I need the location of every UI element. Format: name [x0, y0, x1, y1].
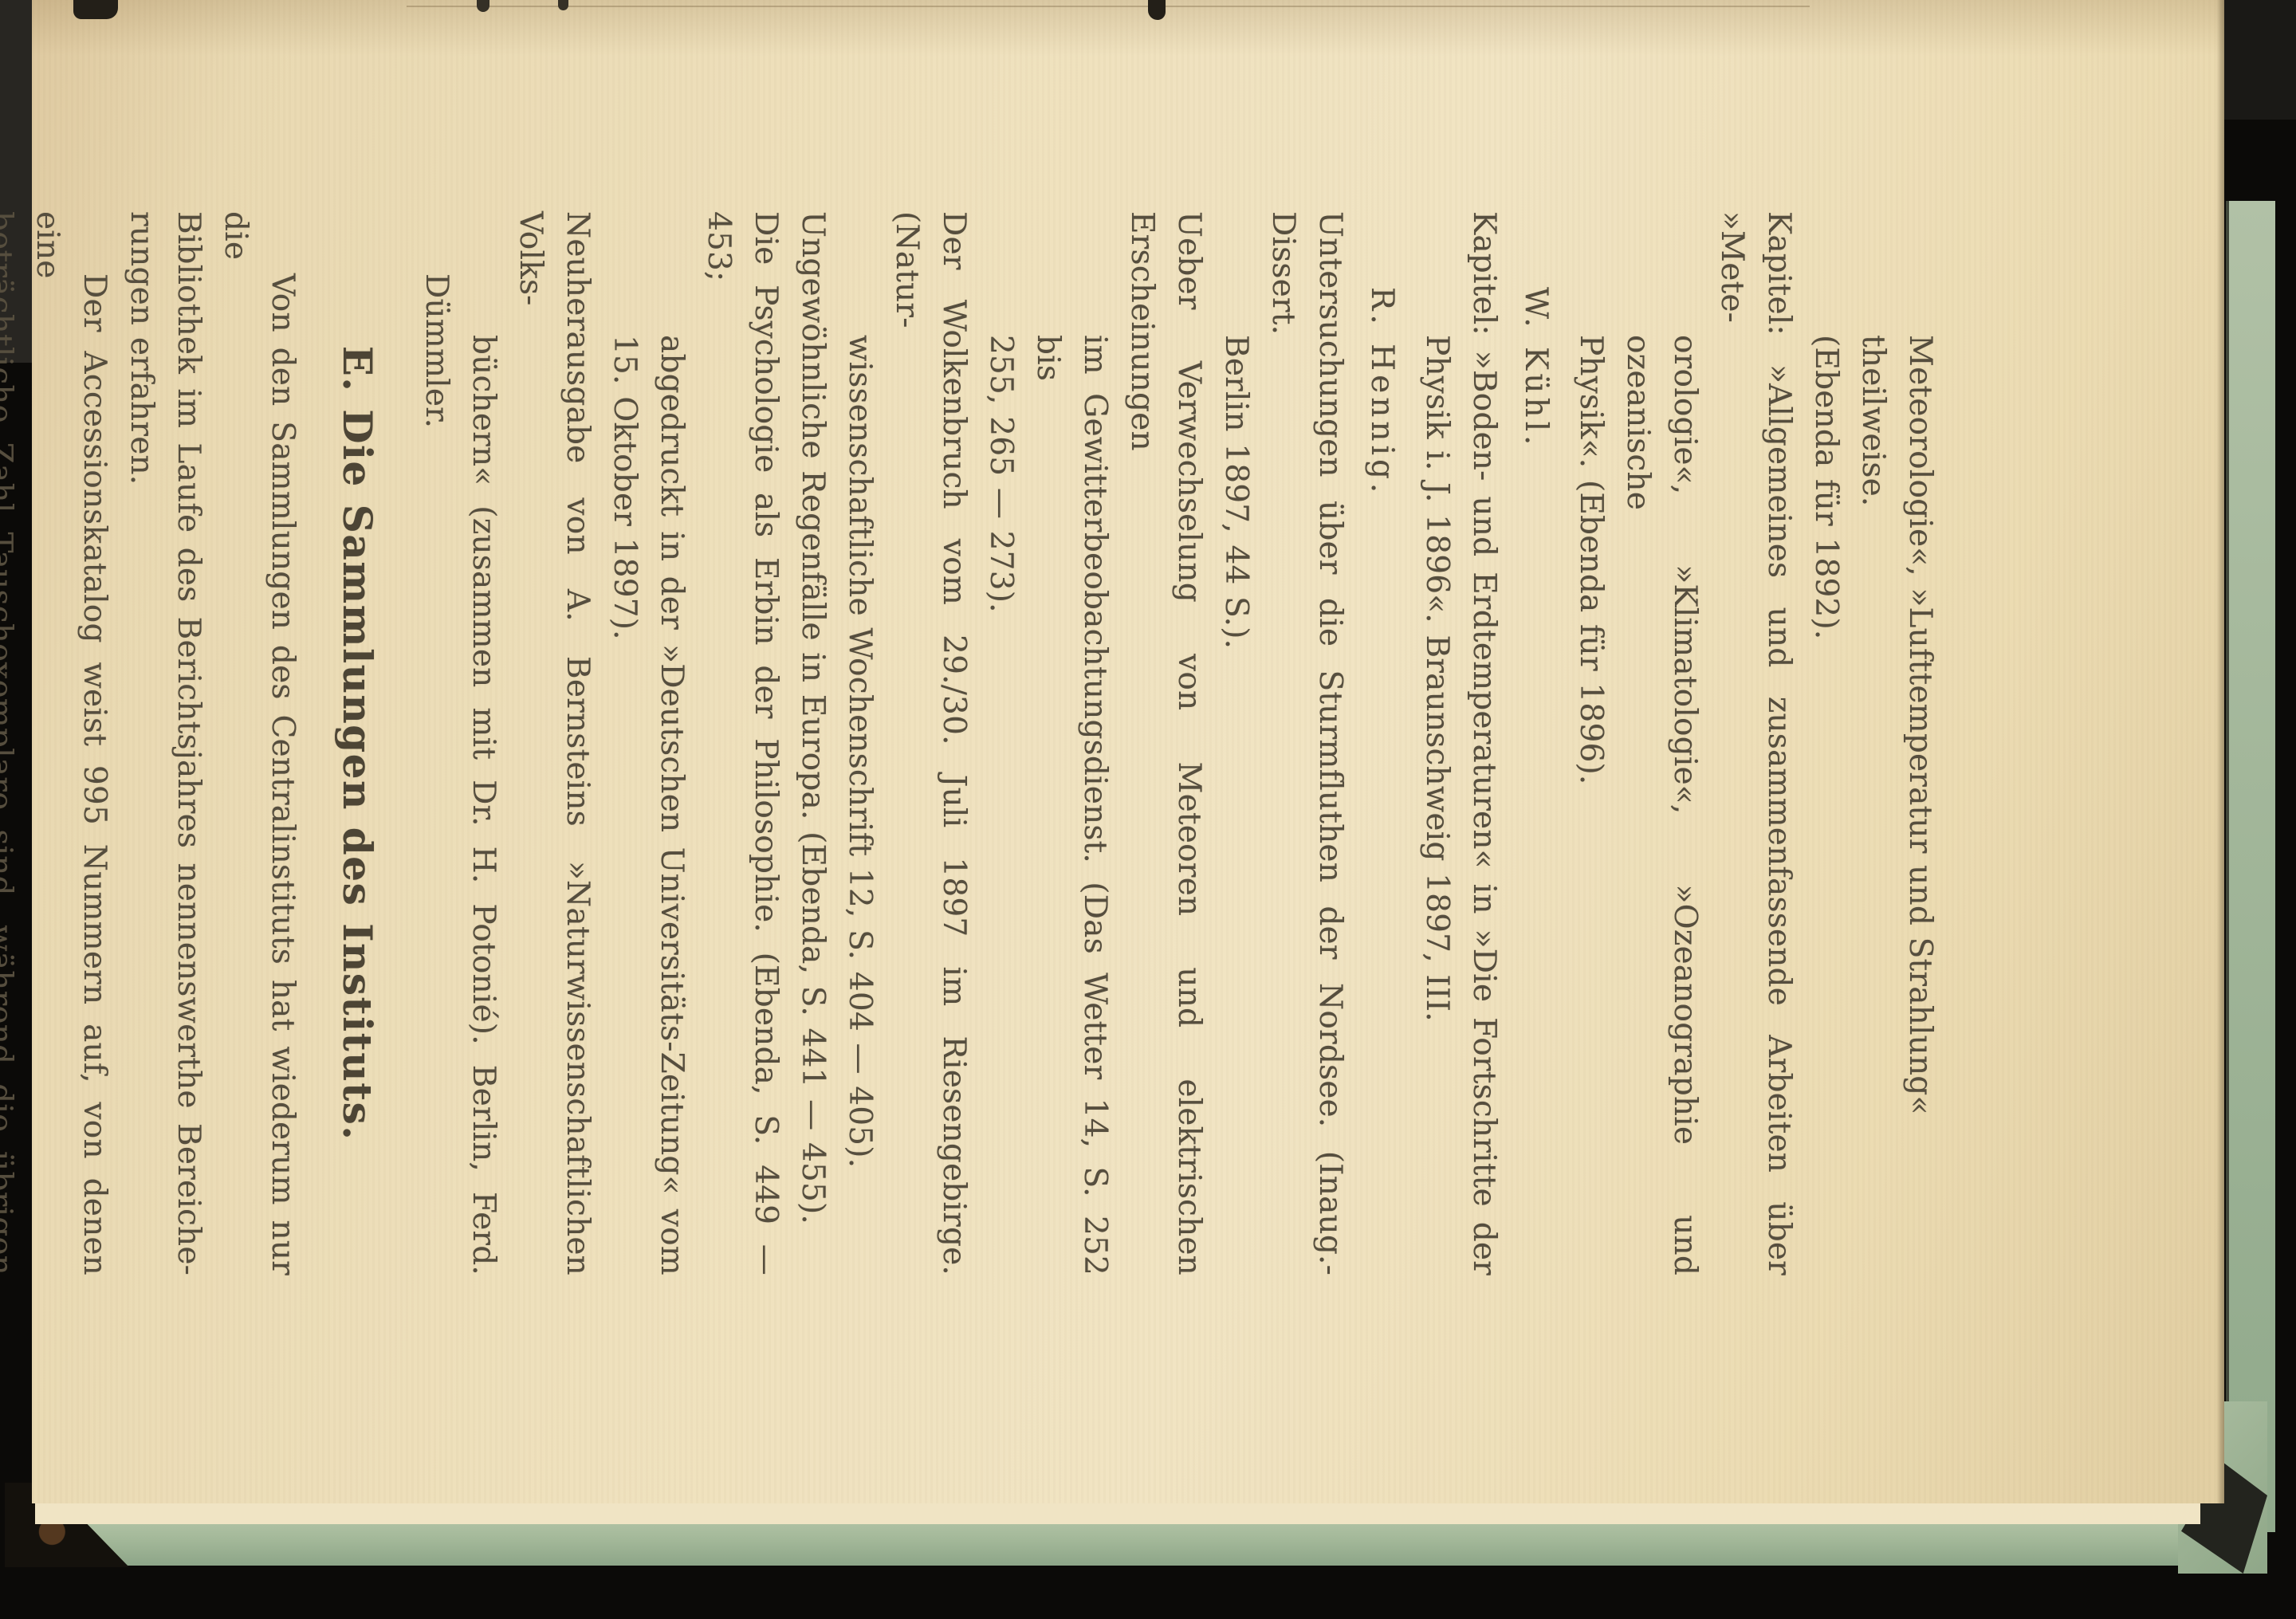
text-line: Die Psychologie als Erbin der Philosophi…: [695, 211, 789, 1275]
text-line: Kapitel: »Boden- und Erdtemperaturen« in…: [1461, 211, 1508, 1275]
text-line: Physik«. (Ebenda für 1896).: [1567, 211, 1614, 1275]
text-line: Der Wolkenbruch vom 29./30. Juli 1897 im…: [883, 211, 977, 1275]
text-line: im Gewitterbeobachtungsdienst. (Das Wett…: [1024, 211, 1119, 1275]
text-line: Ueber Verwechselung von Meteoren und ele…: [1119, 211, 1213, 1275]
text-line: rungen erfahren.: [118, 211, 165, 1275]
author-heading: R. Hennig.: [1358, 211, 1406, 1275]
section-heading: E. Die Sammlungen des Instituts.: [333, 211, 381, 1275]
text-line: wissenschaftliche Wochenschrift 12, S. 4…: [836, 211, 883, 1275]
text-line: Von den Sammlungen des Centralinstituts …: [212, 211, 306, 1275]
text-line: abgedruckt in der »Deutschen Universität…: [648, 211, 695, 1275]
text-line: beträchtliche Zahl Tauschexemplare sind,…: [0, 211, 24, 1275]
text-line: Dümmler.: [413, 211, 460, 1275]
text-line: Ungewöhnliche Regenfälle in Europa. (Ebe…: [789, 211, 836, 1275]
rotated-page-content: Meteorologie«, »Lufttemperatur und Strah…: [32, 0, 2224, 1503]
text-line: Berlin 1897, 44 S.).: [1213, 211, 1260, 1275]
text-line: büchern« (zusammen mit Dr. H. Potonié). …: [460, 211, 507, 1275]
text-line: 15. Oktober 1897).: [601, 211, 648, 1275]
book-cover-edge-right: [2226, 201, 2275, 1532]
text-line: 255, 265 — 273).: [977, 211, 1024, 1275]
text-line: orologie«, »Klimatologie«, »Ozeanographi…: [1614, 211, 1708, 1275]
text-line: Meteorologie«, »Lufttemperatur und Strah…: [1850, 211, 1944, 1275]
text-line: (Ebenda für 1892).: [1803, 211, 1850, 1275]
text-line: Neuherausgabe von A. Bernsteins »Naturwi…: [507, 211, 601, 1275]
text-line: Physik i. J. 1896«. Braunschweig 1897, I…: [1413, 211, 1461, 1275]
author-heading: W. Kühl.: [1512, 211, 1559, 1275]
text-line: Der Accessionskatalog weist 995 Nummern …: [24, 211, 118, 1275]
text-line: Untersuchungen über die Sturmfluthen der…: [1260, 211, 1354, 1275]
book-page: Meteorologie«, »Lufttemperatur und Strah…: [32, 0, 2224, 1503]
page-stack-edge: [35, 1502, 2200, 1524]
book-cover-edge-bottom: [70, 1521, 2200, 1566]
backdrop-shade: [2224, 0, 2296, 120]
text-line: Kapitel: »Allgemeines und zusammenfassen…: [1708, 211, 1803, 1275]
text-line: Bibliothek im Laufe des Berichtsjahres n…: [165, 211, 212, 1275]
scan-background: Meteorologie«, »Lufttemperatur und Strah…: [0, 0, 2296, 1619]
